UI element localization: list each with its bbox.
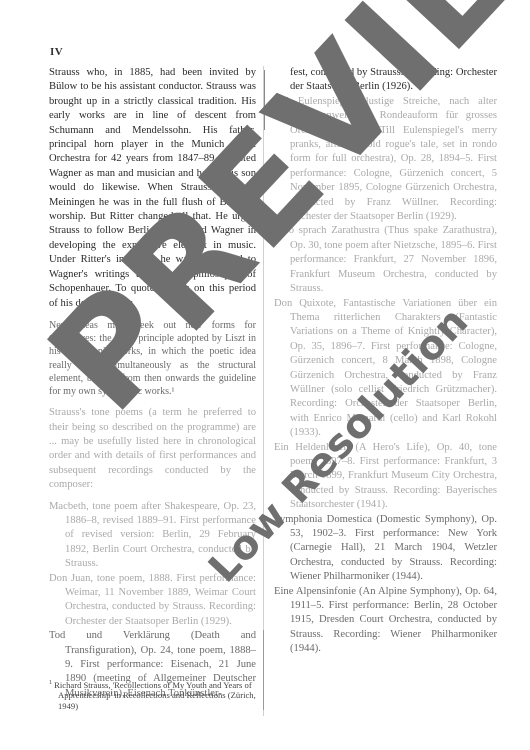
left-column: Strauss who, in 1885, had been invited b… xyxy=(49,66,256,701)
body-paragraph: Strauss's tone poems (a term he preferre… xyxy=(49,406,256,492)
work-entry: Don Quixote, Fantastische Variationen üb… xyxy=(274,297,497,441)
footnote-text: Richard Strauss, 'Recollections of My Yo… xyxy=(54,680,256,711)
work-entry: Till Eulenspiegels lustige Streiche, nac… xyxy=(274,95,497,225)
document-page: IV Strauss who, in 1885, had been invite… xyxy=(0,0,530,750)
work-entry: Don Juan, tone poem, 1888. First perform… xyxy=(49,572,256,630)
right-column: fest, conducted by Strauss. Recording: O… xyxy=(274,66,497,657)
column-divider xyxy=(263,66,264,716)
footnote: 1 Richard Strauss, 'Recollections of My … xyxy=(49,678,266,712)
block-quote: New ideas must seek out new forms for th… xyxy=(49,319,256,398)
work-entry: Symphonia Domestica (Domestic Symphony),… xyxy=(274,513,497,585)
work-entry: Also sprach Zarathustra (Thus spake Zara… xyxy=(274,224,497,296)
page-number: IV xyxy=(50,46,63,58)
work-entry: Ein Heldenleben (A Hero's Life), Op. 40,… xyxy=(274,441,497,513)
work-entry: Eine Alpensinfonie (An Alpine Symphony),… xyxy=(274,585,497,657)
work-entry: Macbeth, tone poem after Shakespeare, Op… xyxy=(49,500,256,572)
column-divider-shadow xyxy=(264,70,265,130)
work-entry-continued: fest, conducted by Strauss. Recording: O… xyxy=(274,66,497,95)
body-paragraph: Strauss who, in 1885, had been invited b… xyxy=(49,66,256,311)
footnote-marker: 1 xyxy=(49,680,52,686)
